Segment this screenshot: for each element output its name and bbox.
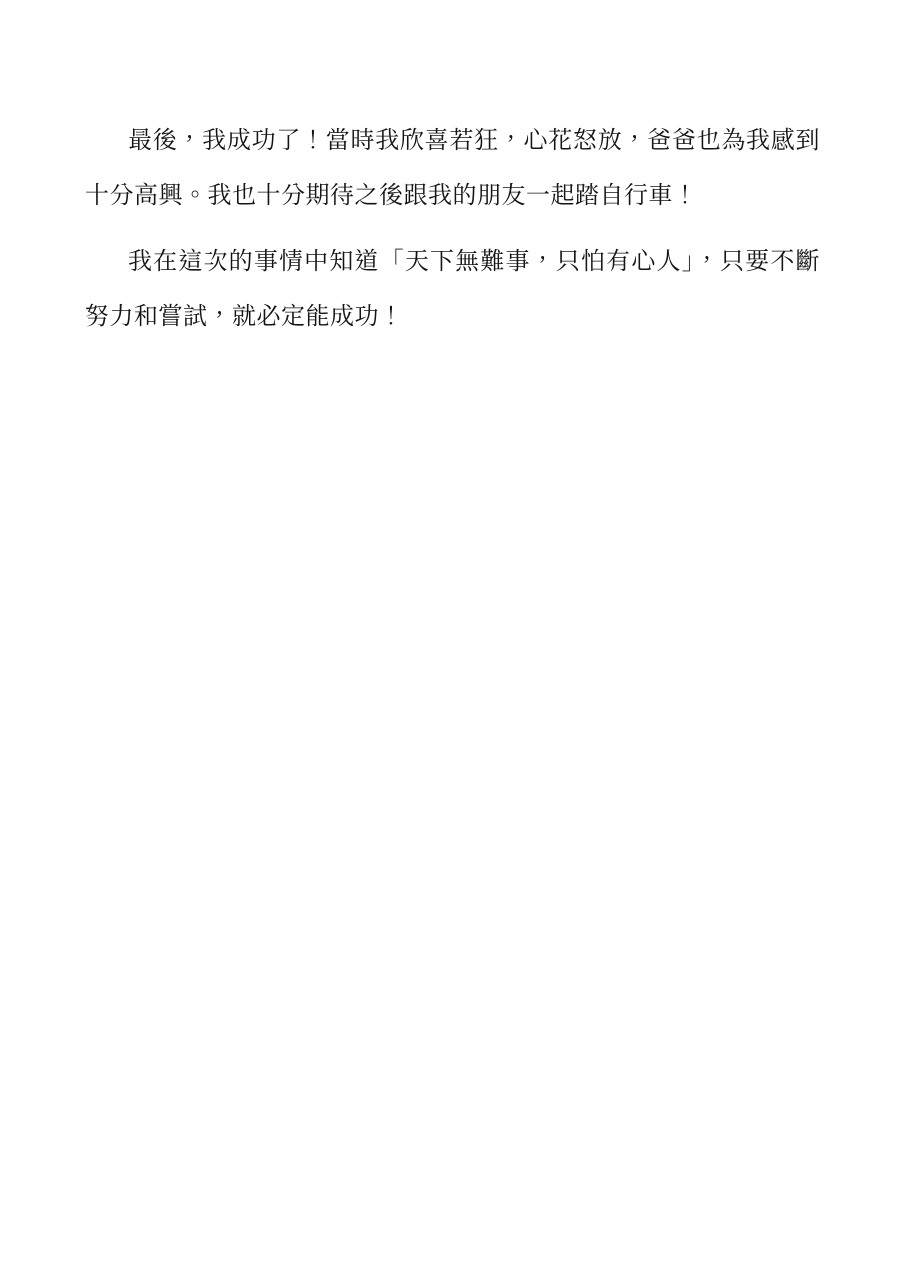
paragraph-1: 最後，我成功了！當時我欣喜若狂，心花怒放，爸爸也為我感到 十分高興。我也十分期待… xyxy=(85,114,820,224)
text-line: 十分高興。我也十分期待之後跟我的朋友一起踏自行車！ xyxy=(85,169,820,224)
text-line: 最後，我成功了！當時我欣喜若狂，心花怒放，爸爸也為我感到 xyxy=(85,114,820,169)
text-line: 努力和嘗試，就必定能成功！ xyxy=(85,290,820,345)
document-page: 最後，我成功了！當時我欣喜若狂，心花怒放，爸爸也為我感到 十分高興。我也十分期待… xyxy=(0,0,905,1280)
text-line: 我在這次的事情中知道「天下無難事，只怕有心人」，只要不斷 xyxy=(85,235,820,290)
paragraph-2: 我在這次的事情中知道「天下無難事，只怕有心人」，只要不斷 努力和嘗試，就必定能成… xyxy=(85,235,820,345)
